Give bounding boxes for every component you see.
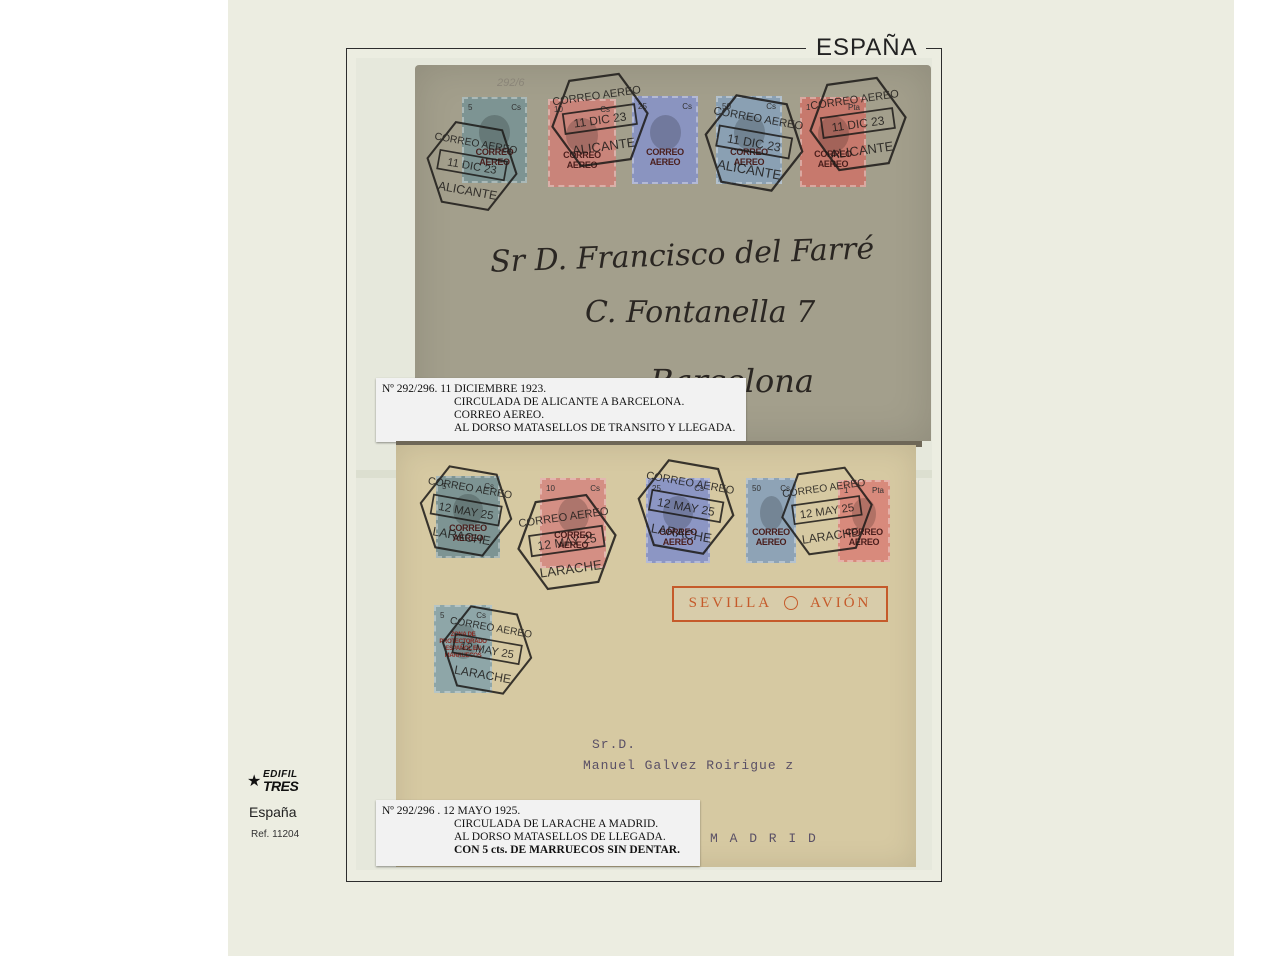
stamp-value: 5	[468, 103, 472, 112]
svg-text:LARACHE: LARACHE	[801, 525, 860, 547]
hexagonal-postmark: CORREO AEREO12 MAY 25LARACHE	[433, 600, 540, 699]
svg-text:ALICANTE: ALICANTE	[437, 179, 498, 203]
hexagonal-postmark: CORREO AEREO12 MAY 25LARACHE	[774, 456, 881, 566]
star-icon: ★	[247, 771, 261, 791]
svg-text:CORREO AEREO: CORREO AEREO	[712, 105, 804, 133]
svg-text:ALICANTE: ALICANTE	[829, 138, 894, 162]
address-line-2: C. Fontanella 7	[585, 295, 815, 330]
label-1-line-4: AL DORSO MATASELLOS DE TRANSITO Y LLEGAD…	[382, 422, 740, 435]
stamp-value: 10	[546, 484, 555, 493]
frame-top-rule-right	[926, 48, 942, 49]
pencil-note: 292/6	[497, 77, 525, 89]
label-1-line-3: CORREO AEREO.	[382, 409, 740, 422]
svg-text:CORREO AEREO: CORREO AEREO	[449, 616, 533, 641]
typed-address-1: Sr.D.	[592, 737, 636, 752]
label-2-line-3: AL DORSO MATASELLOS DE LLEGADA.	[382, 831, 694, 844]
svg-text:LARACHE: LARACHE	[539, 557, 603, 581]
svg-text:ALICANTE: ALICANTE	[571, 134, 636, 158]
logo-line-2: TRES	[263, 778, 298, 794]
typed-address-2: Manuel Galvez Roirigue z	[583, 758, 794, 773]
hexagonal-postmark: CORREO AEREO12 MAY 25LARACHE	[510, 485, 625, 598]
description-label-1: Nº 292/296. 11 DICIEMBRE 1923. CIRCULADA…	[376, 378, 746, 442]
typed-address-4: M A D R I D	[710, 831, 818, 846]
label-2-line-4: CON 5 cts. DE MARRUECOS SIN DENTAR.	[382, 844, 694, 857]
hexagonal-postmark: CORREO AEREO11 DIC 23ALICANTE	[802, 71, 914, 176]
stamp-unit: Cs	[511, 103, 521, 112]
label-1-line-2: CIRCULADA DE ALICANTE A BARCELONA.	[382, 396, 740, 409]
hexagonal-postmark: CORREO AEREO11 DIC 23ALICANTE	[418, 113, 527, 220]
label-2-line-2: CIRCULADA DE LARACHE A MADRID.	[382, 818, 694, 831]
sevilla-avion-label: SEVILLA AVIÓN	[672, 586, 888, 622]
air-label-left: SEVILLA	[689, 595, 772, 611]
hexagonal-postmark: CORREO AEREO12 MAY 25LARACHE	[629, 452, 744, 562]
hexagonal-postmark: CORREO AEREO11 DIC 23ALICANTE	[695, 87, 812, 199]
label-2-line-1: Nº 292/296 . 12 MAYO 1925.	[382, 805, 694, 818]
description-label-2: Nº 292/296 . 12 MAYO 1925. CIRCULADA DE …	[376, 800, 700, 866]
svg-text:CORREO AEREO: CORREO AEREO	[645, 470, 735, 497]
stamp-value: 50	[752, 484, 761, 493]
hexagonal-postmark: CORREO AEREO11 DIC 23ALICANTE	[542, 68, 658, 172]
stamp-unit: Cs	[682, 102, 692, 111]
svg-text:LARACHE: LARACHE	[453, 663, 512, 687]
air-label-right: AVIÓN	[810, 595, 871, 611]
svg-text:LARACHE: LARACHE	[431, 524, 491, 548]
label-1-line-1: Nº 292/296. 11 DICIEMBRE 1923.	[382, 383, 740, 396]
brand-country: España	[249, 804, 296, 820]
svg-text:LARACHE: LARACHE	[650, 520, 713, 545]
brand-ref: Ref. 11204	[251, 829, 299, 840]
svg-text:CORREO AEREO: CORREO AEREO	[427, 475, 513, 502]
hexagonal-postmark: CORREO AEREO12 MAY 25LARACHE	[411, 460, 520, 561]
svg-text:ALICANTE: ALICANTE	[716, 157, 783, 183]
svg-text:CORREO AEREO: CORREO AEREO	[434, 131, 518, 156]
frame-top-rule	[346, 48, 806, 49]
svg-text:11 DIC 23: 11 DIC 23	[831, 113, 886, 134]
page-title: ESPAÑA	[816, 34, 918, 62]
stamp-unit: Pta	[872, 486, 884, 495]
svg-text:11 DIC 23: 11 DIC 23	[573, 109, 628, 130]
svg-text:12 MAY 25: 12 MAY 25	[799, 502, 855, 521]
propeller-icon	[784, 596, 798, 610]
